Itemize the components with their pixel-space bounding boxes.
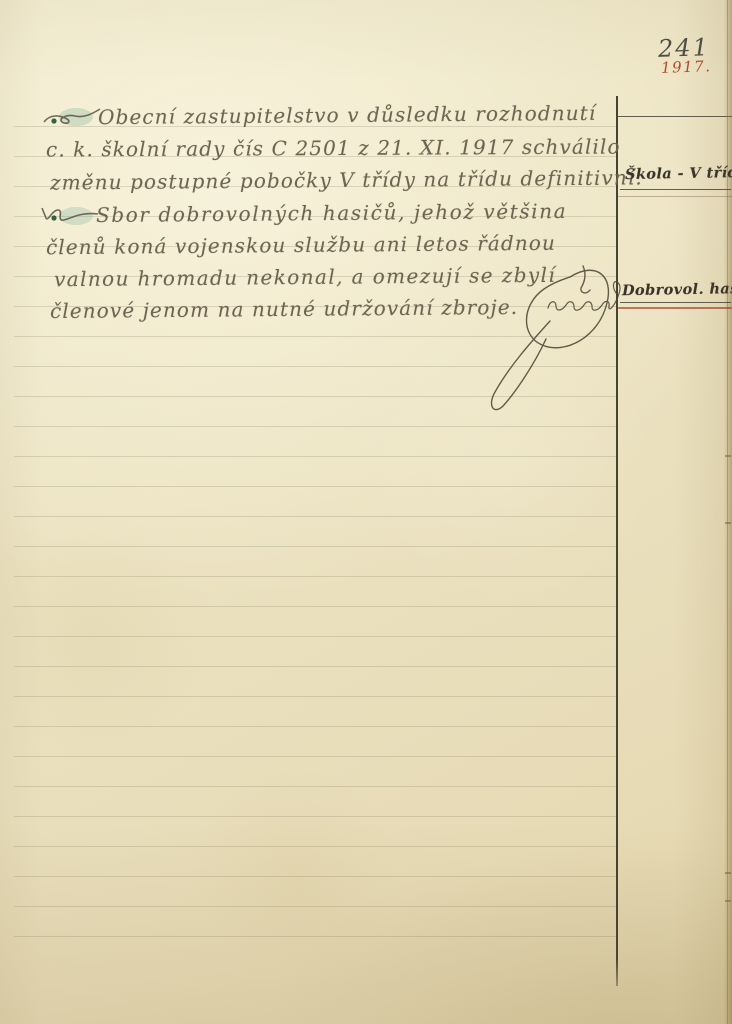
signature-flourish	[470, 255, 635, 425]
page-edge-line	[727, 0, 728, 1024]
page-edge-mark	[725, 522, 731, 524]
margin-top-rule	[618, 116, 732, 117]
paragraph-mark-icon	[40, 202, 102, 232]
page-edge-mark	[725, 872, 731, 874]
page-edge	[724, 0, 732, 1024]
page-edge-mark	[725, 900, 731, 902]
entry-line: členové jenom na nutné udržování zbroje.	[50, 295, 518, 323]
paragraph-mark-icon	[42, 104, 104, 134]
entry-line: c. k. školní rady čís C 2501 z 21. XI. 1…	[46, 134, 621, 161]
entry-line: Sbor dobrovolných hasičů, jehož většina	[96, 199, 567, 227]
margin-note-underline	[620, 189, 731, 190]
entry-line: Obecní zastupitelstvo v důsledku rozhodn…	[98, 101, 597, 129]
page-year: 1917.	[661, 57, 712, 77]
margin-red-rule	[618, 307, 732, 309]
margin-rule-fragment	[618, 196, 732, 197]
margin-note-underline	[620, 302, 731, 303]
margin-divider-line	[616, 96, 618, 986]
page-edge-mark	[725, 455, 731, 457]
chronicle-page: 241 1917. Obecní zastupitelstvo v důsled…	[0, 0, 732, 1024]
margin-note-hasici: Dobrovol. hasiči	[622, 280, 732, 299]
margin-note-skola: Škola - V třída	[625, 164, 732, 183]
